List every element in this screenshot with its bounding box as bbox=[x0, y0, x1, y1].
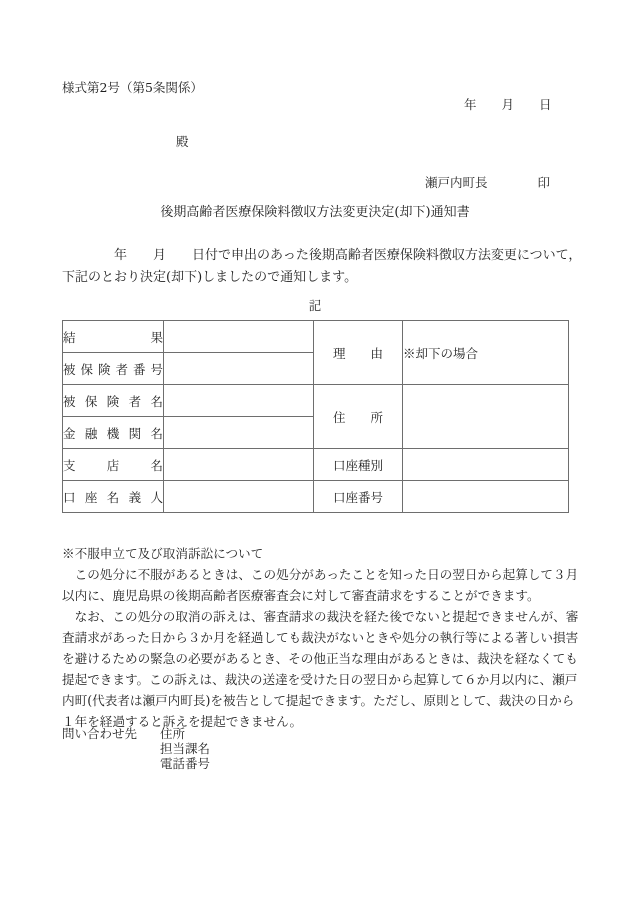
reason-label: 理 由 bbox=[314, 321, 403, 385]
reason-note: ※却下の場合 bbox=[403, 321, 569, 385]
account-type-value bbox=[403, 449, 569, 481]
appeal-line: を避けるための緊急の必要があるとき、その他正当な理由があるときは、裁決を経なくて… bbox=[62, 648, 574, 669]
table-row: 口座名義人 口座番号 bbox=[63, 481, 569, 513]
result-value bbox=[164, 321, 314, 353]
insured-name-label: 被保険者名 bbox=[63, 385, 164, 417]
issuer-line: 瀬戸内町長 印 bbox=[425, 177, 550, 190]
financial-institution-value bbox=[164, 417, 314, 449]
intro-line-2: 下記のとおり決定(却下)しましたので通知します。 bbox=[62, 271, 357, 284]
seal-mark: 印 bbox=[538, 175, 551, 190]
branch-name-value bbox=[164, 449, 314, 481]
addressee-suffix: 殿 bbox=[176, 136, 189, 149]
table-row: 支店名 口座種別 bbox=[63, 449, 569, 481]
intro-line-1: 年 月 日付で申出のあった後期高齢者医療保険料徴収方法変更について， bbox=[62, 249, 581, 262]
contact-item-phone: 電話番号 bbox=[160, 756, 210, 771]
contact-block: 問い合わせ先 住所 担当課名 電話番号 bbox=[62, 726, 210, 771]
appeal-notice: ※不服申立て及び取消訴訟について この処分に不服があるときは、この処分があったこ… bbox=[62, 543, 574, 732]
issuer-name: 瀬戸内町長 bbox=[425, 175, 488, 190]
branch-name-label: 支店名 bbox=[63, 449, 164, 481]
appeal-line: 提起できます。この訴えは、裁決の送達を受けた日の翌日から起算して６か月以内に、瀬… bbox=[62, 669, 574, 690]
notice-document-page: 様式第2号（第5条関係） 年 月 日 殿 瀬戸内町長 印 後期高齢者医療保険料徴… bbox=[0, 0, 630, 903]
account-holder-value bbox=[164, 481, 314, 513]
appeal-line: この処分に不服があるときは、この処分があったことを知った日の翌日から起算して３月 bbox=[62, 564, 574, 585]
form-number: 様式第2号（第5条関係） bbox=[62, 82, 203, 95]
appeal-line: なお、この処分の取消の訴えは、審査請求の裁決を経た後でないと提起できませんが、審 bbox=[62, 606, 574, 627]
decision-table: 結果 理 由 ※却下の場合 被保険者番号 被保険者名 住 所 金融機関名 支店名… bbox=[62, 320, 569, 513]
result-label: 結果 bbox=[63, 321, 164, 353]
appeal-line: 以内に、鹿児島県の後期高齢者医療審査会に対して審査請求をすることができます。 bbox=[62, 585, 574, 606]
insured-number-label: 被保険者番号 bbox=[63, 353, 164, 385]
contact-label: 問い合わせ先 bbox=[62, 726, 160, 771]
appeal-line: 内町(代表者は瀬戸内町長)を被告として提起できます。ただし、原則として、裁決の日… bbox=[62, 690, 574, 711]
account-holder-label: 口座名義人 bbox=[63, 481, 164, 513]
account-type-label: 口座種別 bbox=[314, 449, 403, 481]
financial-institution-label: 金融機関名 bbox=[63, 417, 164, 449]
table-row: 結果 理 由 ※却下の場合 bbox=[63, 321, 569, 353]
insured-number-value bbox=[164, 353, 314, 385]
contact-item-department: 担当課名 bbox=[160, 741, 210, 756]
contact-item-address: 住所 bbox=[160, 726, 210, 741]
appeal-line: 査請求があった日から３か月を経過しても裁決がないときや処分の執行等による著しい損… bbox=[62, 627, 574, 648]
account-number-label: 口座番号 bbox=[314, 481, 403, 513]
record-marker: 記 bbox=[0, 300, 630, 313]
address-value bbox=[403, 385, 569, 449]
insured-name-value bbox=[164, 385, 314, 417]
document-title: 後期高齢者医療保険料徴収方法変更決定(却下)通知書 bbox=[0, 206, 630, 219]
appeal-heading: ※不服申立て及び取消訴訟について bbox=[62, 543, 574, 564]
table-row: 被保険者名 住 所 bbox=[63, 385, 569, 417]
address-label: 住 所 bbox=[314, 385, 403, 449]
date-line: 年 月 日 bbox=[464, 99, 552, 112]
account-number-value bbox=[403, 481, 569, 513]
